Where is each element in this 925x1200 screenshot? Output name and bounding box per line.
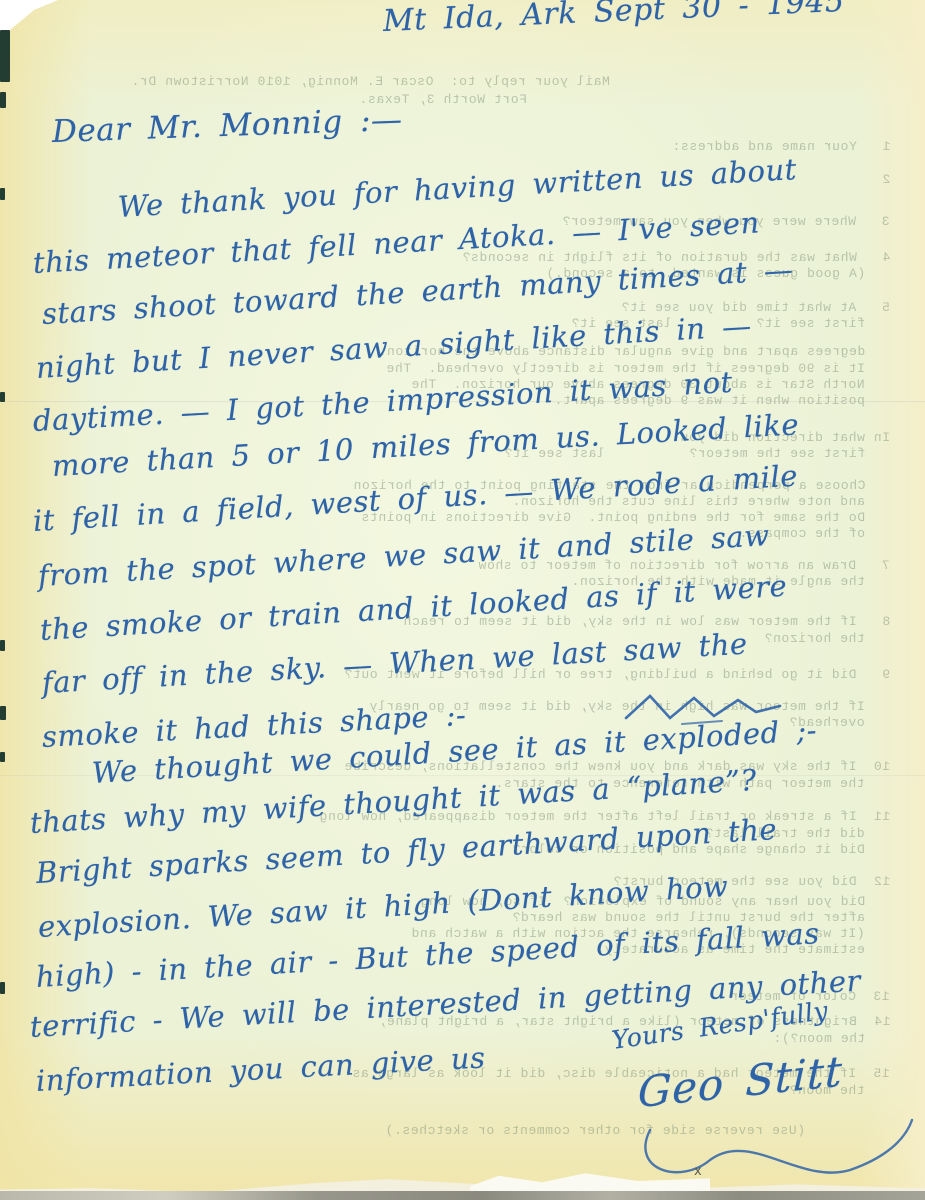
handwritten-letter: Mt Ida, Ark Sept 30 - 1945 Dear Mr. Monn… <box>0 0 925 1200</box>
scan-bottom-edge <box>0 1191 925 1200</box>
handwritten-line: information you can give us <box>35 1040 486 1098</box>
stray-x-mark: x <box>694 1164 702 1179</box>
salutation: Dear Mr. Monnig :— <box>51 102 403 150</box>
signature: Geo Stitt <box>637 1046 843 1117</box>
date-line: Mt Ida, Ark Sept 30 - 1945 <box>382 0 845 39</box>
